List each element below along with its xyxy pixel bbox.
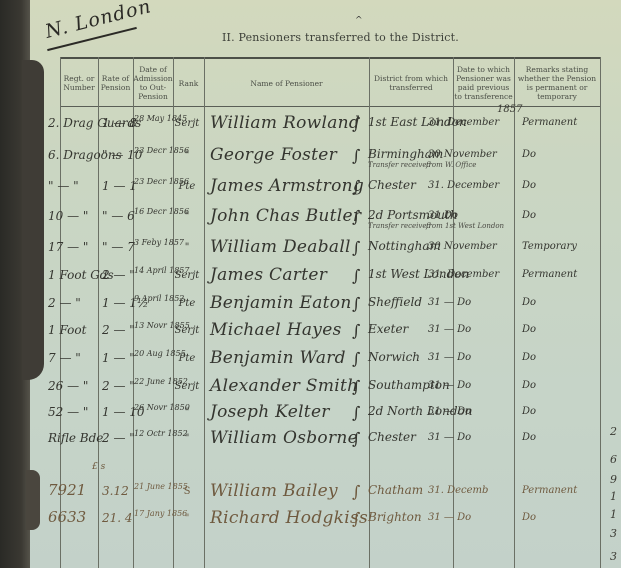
- name-cell: William Rowland: [210, 113, 360, 133]
- brace-mark: ∫: [352, 349, 360, 368]
- regt-cell: 7 — ": [48, 351, 81, 365]
- table-row: 2. Drag Guards 1 — 8 28 May 1845 Serjt W…: [0, 112, 621, 140]
- district-cell: Chatham: [368, 483, 423, 497]
- date-admission-cell: 14 April 1857: [134, 266, 170, 276]
- regt-cell: 10 — ": [48, 209, 88, 223]
- date-admission-cell: 21 June 1855: [134, 482, 170, 492]
- rate-cell: 1 — 1: [102, 179, 137, 193]
- remarks-cell: Do: [522, 406, 536, 417]
- remarks-cell: Permanent: [522, 485, 577, 496]
- date-paid-cell: 31 — Do: [428, 432, 471, 443]
- rate-cell: 2 — ": [102, 379, 135, 393]
- remarks-cell: Temporary: [522, 241, 577, 252]
- rate-cell: 3.12: [102, 484, 129, 498]
- date-admission-cell: 26 Novr 1850: [134, 403, 170, 413]
- rate-cell: 21. 4: [102, 511, 133, 525]
- date-admission-cell: 12 Octr 1852: [134, 429, 170, 439]
- table-row: 17 — " " — 7 3 Feby 1857 " William Deaba…: [0, 236, 621, 264]
- right-margin-mark: 3: [610, 527, 617, 540]
- brace-mark: ∫: [352, 429, 360, 448]
- regt-cell: Rifle Bde: [48, 431, 103, 445]
- name-cell: Benjamin Eaton: [210, 293, 352, 313]
- table-row: 26 — " 2 — " 22 June 1852 Serjt Alexande…: [0, 375, 621, 403]
- brace-mark: ∫: [352, 266, 360, 285]
- rank-cell: ": [172, 513, 202, 524]
- brace-mark: ∫: [352, 177, 360, 196]
- district-cell: Exeter: [368, 322, 408, 336]
- table-row: 10 — " " — 6 16 Decr 1856 " John Chas Bu…: [0, 205, 621, 233]
- date-admission-cell: 17 Jany 1856: [134, 509, 170, 519]
- district-cell: Chester: [368, 430, 416, 444]
- regt-cell: 6633: [48, 508, 86, 526]
- remarks-cell: Do: [522, 149, 536, 160]
- remarks-cell: Do: [522, 352, 536, 363]
- remarks-cell: Do: [522, 180, 536, 191]
- date-admission-cell: 9 April 1852: [134, 294, 170, 304]
- remarks-cell: Do: [522, 512, 536, 523]
- name-cell: Benjamin Ward: [210, 348, 346, 368]
- name-cell: James Carter: [210, 265, 327, 285]
- rank-cell: Serjt: [172, 381, 202, 392]
- header-district-from: District from which transferred: [369, 60, 453, 106]
- top-rule: [60, 57, 600, 59]
- rank-cell: ": [172, 211, 202, 222]
- header-date-admission: Date of Admission to Out-Pension: [133, 60, 173, 106]
- table-row: 52 — " 1 — 10 26 Novr 1850 " Joseph Kelt…: [0, 401, 621, 429]
- name-cell: Joseph Kelter: [210, 402, 330, 422]
- remarks-cell: Do: [522, 380, 536, 391]
- brace-mark: ∫: [352, 509, 360, 528]
- date-paid-cell: 31 — Do: [428, 352, 471, 363]
- date-admission-cell: 22 June 1852: [134, 377, 170, 387]
- rank-cell: Serjt: [172, 118, 202, 129]
- regt-cell: " — ": [48, 179, 79, 193]
- remarks-cell: Permanent: [522, 117, 577, 128]
- date-admission-cell: 13 Novr 1855: [134, 321, 170, 331]
- ledger-page: N. London ^ II. Pensioners transferred t…: [0, 0, 621, 568]
- right-margin-mark: 1: [610, 490, 617, 503]
- brace-mark: ∫: [352, 294, 360, 313]
- district-note: Transfer received: [368, 161, 431, 169]
- date-paid-cell: 31 — Do: [428, 324, 471, 335]
- rank-cell: Pte: [172, 181, 202, 192]
- table-row: 6633 21. 4 17 Jany 1856 " Richard Hodgki…: [0, 507, 621, 535]
- brace-mark: ∫: [352, 146, 360, 165]
- right-margin-mark: 1: [610, 508, 617, 521]
- district-cell: Brighton: [368, 510, 422, 524]
- date-paid-cell: 30 November: [428, 241, 497, 252]
- header-remarks: Remarks stating whether the Pension is p…: [514, 60, 600, 106]
- district-note: Transfer received: [368, 222, 431, 230]
- rate-cell: 2 — ": [102, 323, 135, 337]
- header-date-paid: Date to which Pensioner was paid previou…: [453, 60, 514, 106]
- paid-note: from W. Office: [426, 161, 476, 169]
- date-paid-cell: 31. Decemb: [428, 485, 488, 496]
- right-margin-mark: 6: [610, 453, 617, 466]
- date-paid-cell: 31. December: [428, 180, 499, 191]
- page-title: II. Pensioners transferred to the Distri…: [222, 31, 459, 44]
- date-paid-cell: 31 Do: [428, 210, 458, 221]
- date-paid-cell: 31 — Do: [428, 297, 471, 308]
- name-cell: Alexander Smith: [210, 376, 358, 396]
- rate-cell: " — 7: [102, 240, 135, 254]
- regt-cell: 17 — ": [48, 240, 88, 254]
- table-row: 2 — " 1 — 1½ 9 April 1852 Pte Benjamin E…: [0, 292, 621, 320]
- regt-cell: 1 Foot: [48, 323, 86, 337]
- table-row: 6. Dragoons " — 10 23 Decr 1856 " George…: [0, 144, 621, 172]
- right-margin-mark: 9: [610, 473, 617, 486]
- brace-mark: ∫: [352, 207, 360, 226]
- rate-cell: " — 6: [102, 209, 135, 223]
- rank-cell: ": [172, 242, 202, 253]
- date-paid-cell: 31. December: [428, 269, 499, 280]
- regt-cell: 7921: [48, 481, 86, 499]
- currency-note: £ s: [92, 462, 105, 472]
- table-row: 1 Foot Gds 2 — " 14 April 1857 Serjt Jam…: [0, 264, 621, 292]
- header-rate: Rate of Pension: [98, 60, 133, 106]
- rate-cell: 2 — ": [102, 431, 135, 445]
- rank-cell: ": [172, 150, 202, 161]
- brace-mark: ∫: [352, 321, 360, 340]
- brace-mark: ∫: [352, 403, 360, 422]
- right-margin-mark: 3: [610, 550, 617, 563]
- paid-note: from 1st West London: [426, 222, 504, 230]
- header-name: Name of Pensioner: [204, 60, 369, 106]
- name-cell: William Deaball: [210, 237, 351, 257]
- district-cell: Sheffield: [368, 295, 422, 309]
- date-admission-cell: 23 Decr 1856: [134, 146, 170, 156]
- rank-cell: ": [172, 407, 202, 418]
- regt-cell: 52 — ": [48, 405, 88, 419]
- date-admission-cell: 3 Feby 1857: [134, 238, 170, 248]
- date-admission-cell: 28 May 1845: [134, 114, 170, 124]
- rank-cell: Serjt: [172, 270, 202, 281]
- table-row: Rifle Bde 2 — " 12 Octr 1852 " William O…: [0, 427, 621, 455]
- header-regt: Regt. or Number: [60, 60, 98, 106]
- name-cell: Richard Hodgkiss: [210, 508, 368, 528]
- rank-cell: ": [172, 433, 202, 444]
- brace-mark: ∫: [352, 377, 360, 396]
- rate-cell: 1 — ": [102, 351, 135, 365]
- district-cell: Chester: [368, 178, 416, 192]
- table-row: " — " 1 — 1 23 Decr 1856 Pte James Armst…: [0, 175, 621, 203]
- name-cell: James Armstrong: [210, 176, 364, 196]
- name-cell: John Chas Butler: [210, 206, 361, 226]
- rank-cell: Serjt: [172, 325, 202, 336]
- right-margin-mark: 2: [610, 425, 617, 438]
- date-paid-cell: 31 — Do: [428, 406, 471, 417]
- brace-mark: ∫: [352, 114, 360, 133]
- remarks-cell: Do: [522, 297, 536, 308]
- date-paid-cell: 30 November: [428, 149, 497, 160]
- name-cell: George Foster: [210, 145, 337, 165]
- rate-cell: 1 — 8: [102, 116, 137, 130]
- name-cell: William Bailey: [210, 481, 338, 501]
- table-row: 7 — " 1 — " 20 Aug 1855 Pte Benjamin War…: [0, 347, 621, 375]
- name-cell: Michael Hayes: [210, 320, 342, 340]
- date-paid-cell: 31 — Do: [428, 380, 471, 391]
- remarks-cell: Do: [522, 324, 536, 335]
- date-admission-cell: 20 Aug 1855: [134, 349, 170, 359]
- rate-cell: 2 — ": [102, 268, 135, 282]
- date-admission-cell: 16 Decr 1856: [134, 207, 170, 217]
- remarks-cell: Do: [522, 432, 536, 443]
- regt-cell: 2 — ": [48, 296, 81, 310]
- table-row: 1 Foot 2 — " 13 Novr 1855 Serjt Michael …: [0, 319, 621, 347]
- remarks-cell: Do: [522, 210, 536, 221]
- table-row: 7921 3.12 21 June 1855 S William Bailey …: [0, 480, 621, 508]
- header-rank: Rank: [173, 60, 204, 106]
- date-paid-cell: 31 — Do: [428, 512, 471, 523]
- district-cell: Norwich: [368, 350, 420, 364]
- regt-cell: 26 — ": [48, 379, 88, 393]
- brace-mark: ∫: [352, 238, 360, 257]
- date-paid-cell: 31. December: [428, 117, 499, 128]
- name-cell: William Osborne: [210, 428, 358, 448]
- rank-cell: Pte: [172, 298, 202, 309]
- remarks-cell: Permanent: [522, 269, 577, 280]
- rank-cell: Pte: [172, 353, 202, 364]
- caret-mark: ^: [355, 16, 363, 26]
- brace-mark: ∫: [352, 482, 360, 501]
- date-admission-cell: 23 Decr 1856: [134, 177, 170, 187]
- rank-cell: S: [172, 486, 202, 497]
